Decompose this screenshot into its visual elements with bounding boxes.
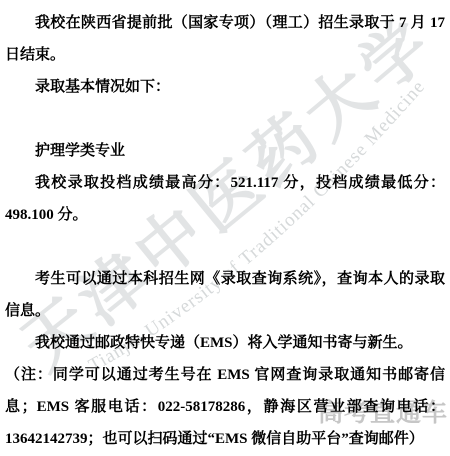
- paragraph-summary-heading: 录取基本情况如下：: [5, 71, 445, 103]
- paragraph-batch-end-date: 我校在陕西省提前批（国家专项）（理工）招生录取于 7 月 17 日结束。: [5, 7, 445, 71]
- paragraph-ems-tracking-note: （注：同学可以通过考生号在 EMS 官网查询录取通知书邮寄信息；EMS 客服电话…: [5, 359, 445, 455]
- paragraph-query-system-info: 考生可以通过本科招生网《录取查询系统》，查询本人的录取信息。: [5, 263, 445, 327]
- paragraph-ems-delivery-notice: 我校通过邮政特快专递（EMS）将入学通知书寄与新生。: [5, 327, 445, 359]
- document-page: 天津中医药大学 Tianjin University of Traditiona…: [0, 0, 450, 456]
- paragraph-admission-scores: 我校录取投档成绩最高分：521.117 分，投档成绩最低分：498.100 分。: [5, 167, 445, 231]
- announcement-body: 我校在陕西省提前批（国家专项）（理工）招生录取于 7 月 17 日结束。 录取基…: [0, 0, 450, 455]
- paragraph-major-name: 护理学类专业: [5, 135, 445, 167]
